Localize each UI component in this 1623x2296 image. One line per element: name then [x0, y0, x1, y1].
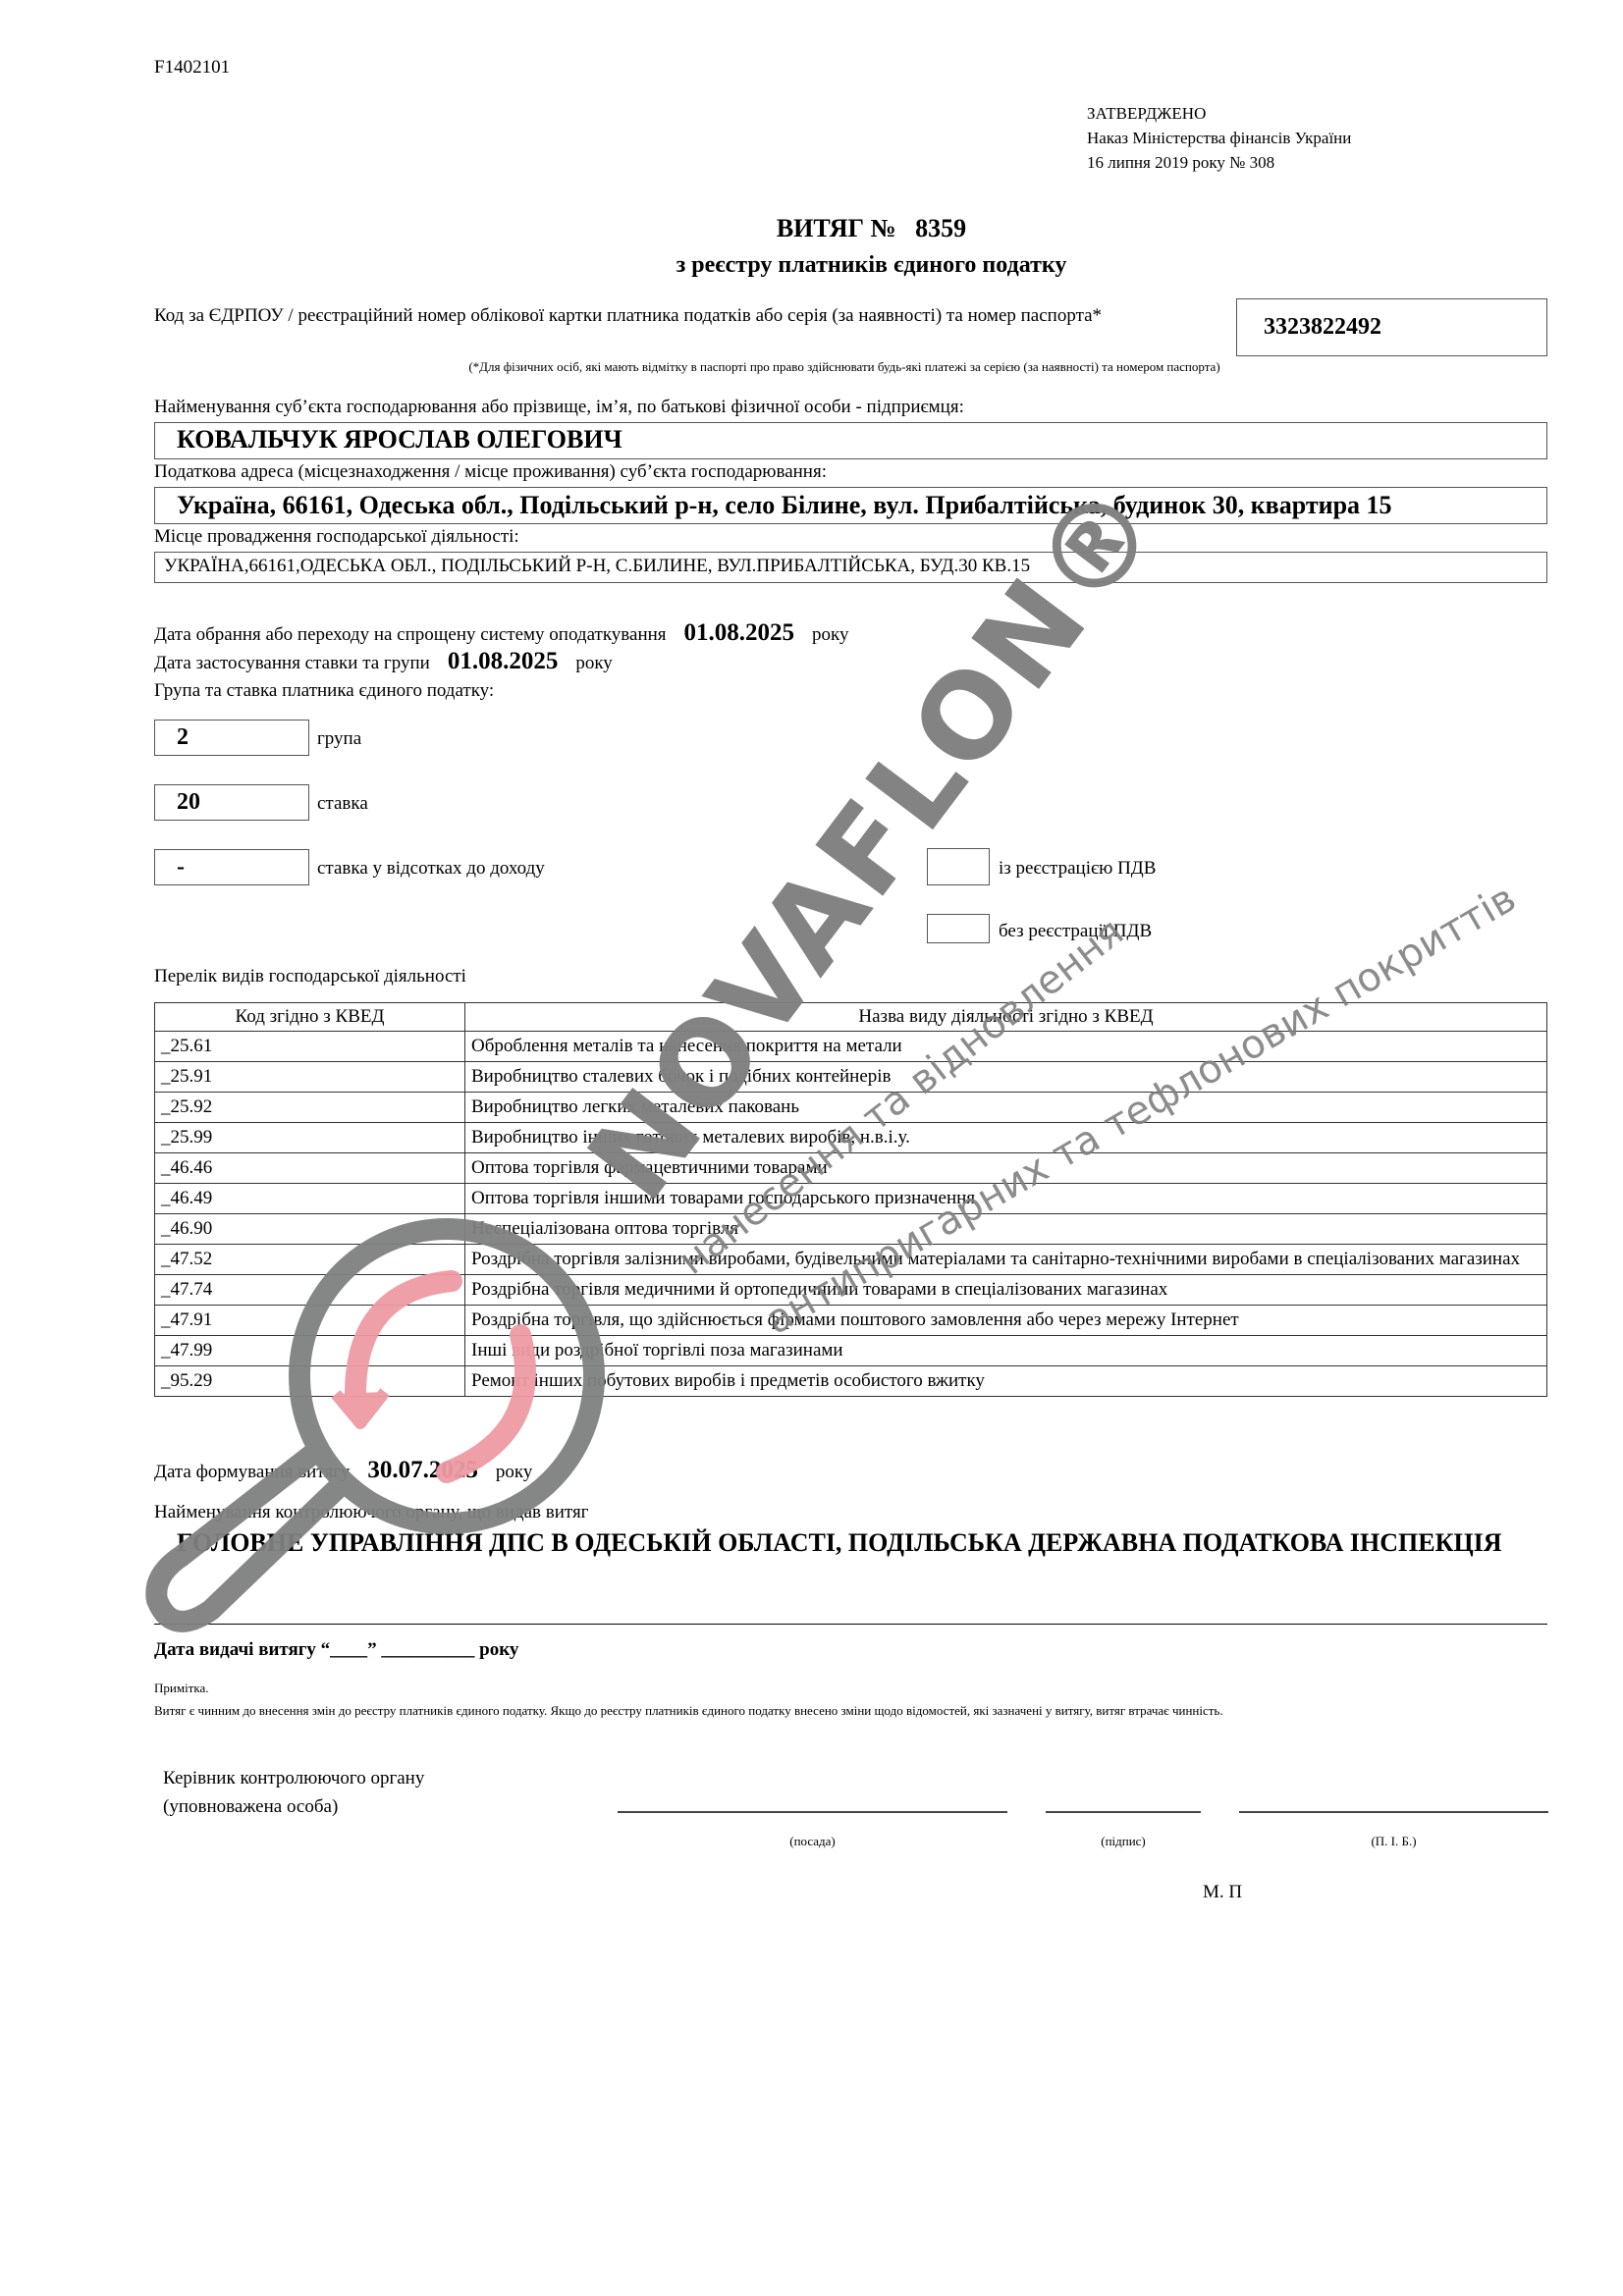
kved-activity-name: Оптова торгівля іншими товарами господар…	[465, 1184, 1547, 1214]
kved-list-title: Перелік видів господарської діяльності	[154, 966, 466, 988]
authority-label: Найменування контролюючого органу, що ви…	[154, 1502, 588, 1523]
kved-activity-name: Виробництво інших готових металевих виро…	[465, 1123, 1547, 1153]
kved-row: _46.46Оптова торгівля фармацевтичними то…	[155, 1153, 1547, 1184]
kved-row: _25.99Виробництво інших готових металеви…	[155, 1123, 1547, 1153]
kved-code: _25.61	[155, 1032, 465, 1062]
kved-code: _47.52	[155, 1245, 465, 1275]
kved-activity-name: Виробництво сталевих бочок і подібних ко…	[465, 1062, 1547, 1093]
document-title: ВИТЯГ № 8359	[0, 214, 1623, 243]
kved-code: _47.74	[155, 1275, 465, 1306]
business-place-value: УКРАЇНА,66161,ОДЕСЬКА ОБЛ., ПОДІЛЬСЬКИЙ …	[164, 556, 1030, 577]
formation-date-label: Дата формування витягу	[154, 1462, 350, 1482]
vat-unregistered-checkbox[interactable]	[927, 914, 990, 943]
kved-activity-name: Виробництво легких металевих паковань	[465, 1093, 1547, 1123]
issue-date-line: Дата видачі витягу “____” __________ рок…	[154, 1639, 518, 1661]
kved-row: _47.99Інші види роздрібної торгівлі поза…	[155, 1336, 1547, 1366]
choice-date-line: Дата обрання або переходу на спрощену си…	[154, 619, 849, 647]
vat-unregistered-label: без реєстрації ПДВ	[999, 921, 1152, 942]
tax-address-value: Україна, 66161, Одеська обл., Подільськи…	[177, 491, 1392, 520]
kved-code-header: Код згідно з КВЕД	[155, 1003, 465, 1032]
kved-activity-name: Роздрібна торгівля залізними виробами, б…	[465, 1245, 1547, 1275]
choice-date-value: 01.08.2025	[684, 619, 795, 646]
entity-name-value: КОВАЛЬЧУК ЯРОСЛАВ ОЛЕГОВИЧ	[177, 425, 622, 454]
vat-registered-checkbox[interactable]	[927, 848, 990, 885]
kved-code: _25.92	[155, 1093, 465, 1123]
taxpayer-code-footnote: (*Для фізичних осіб, які мають відмітку …	[0, 359, 1623, 375]
percent-rate-value: -	[177, 854, 185, 881]
approval-stamp: ЗАТВЕРДЖЕНО Наказ Міністерства фінансів …	[1087, 101, 1351, 175]
year-word: року	[496, 1462, 532, 1482]
authority-underline	[154, 1624, 1547, 1625]
signature-line	[1046, 1811, 1201, 1813]
signer-line2: (уповноважена особа)	[163, 1792, 424, 1821]
signature-label: (підпис)	[1046, 1834, 1201, 1849]
business-place-label: Місце провадження господарської діяльнос…	[154, 526, 519, 548]
percent-rate-label: ставка у відсотках до доходу	[317, 858, 545, 880]
application-date-line: Дата застосування ставки та групи01.08.2…	[154, 648, 613, 675]
entity-name-label: Найменування суб’єкта господарювання або…	[154, 397, 964, 418]
kved-row: _46.49Оптова торгівля іншими товарами го…	[155, 1184, 1547, 1214]
kved-code: _46.46	[155, 1153, 465, 1184]
kved-row: _47.91Роздрібна торгівля, що здійснюєтьс…	[155, 1306, 1547, 1336]
kved-activity-name: Оптова торгівля фармацевтичними товарами	[465, 1153, 1547, 1184]
kved-row: _25.61Оброблення металів та нанесення по…	[155, 1032, 1547, 1062]
approved-line3: 16 липня 2019 року № 308	[1087, 150, 1351, 175]
signer-title: Керівник контролюючого органу (уповноваж…	[163, 1764, 424, 1821]
kved-code: _46.49	[155, 1184, 465, 1214]
kved-activity-name: Неспеціалізована оптова торгівля	[465, 1214, 1547, 1245]
kved-row: _25.92Виробництво легких металевих паков…	[155, 1093, 1547, 1123]
taxpayer-code-label: Код за ЄДРПОУ / реєстраційний номер облі…	[154, 301, 1195, 331]
application-date-label: Дата застосування ставки та групи	[154, 653, 430, 673]
name-signature-line	[1239, 1811, 1548, 1813]
kved-row: _95.29Ремонт інших побутових виробів і п…	[155, 1366, 1547, 1397]
formation-date-value: 30.07.2025	[367, 1457, 478, 1483]
kved-table: Код згідно з КВЕД Назва виду діяльності …	[154, 1002, 1547, 1397]
stamp-place: М. П	[1203, 1882, 1242, 1903]
position-signature-line	[618, 1811, 1007, 1813]
form-code: F1402101	[154, 57, 230, 79]
kved-activity-name: Роздрібна торгівля, що здійснюється фірм…	[465, 1306, 1547, 1336]
formation-date-line: Дата формування витягу30.07.2025року	[154, 1457, 532, 1484]
name-label: (П. І. Б.)	[1239, 1834, 1548, 1849]
kved-activity-name: Оброблення металів та нанесення покриття…	[465, 1032, 1547, 1062]
kved-header-row: Код згідно з КВЕД Назва виду діяльності …	[155, 1003, 1547, 1032]
rate-label: ставка	[317, 793, 368, 815]
kved-code: _47.99	[155, 1336, 465, 1366]
note-text: Витяг є чинним до внесення змін до реєст…	[154, 1703, 1223, 1719]
group-value: 2	[177, 724, 189, 751]
kved-code: _46.90	[155, 1214, 465, 1245]
kved-row: _47.52Роздрібна торгівля залізними вироб…	[155, 1245, 1547, 1275]
year-word: року	[812, 624, 848, 645]
document-subtitle: з реєстру платників єдиного податку	[0, 252, 1623, 279]
choice-date-label: Дата обрання або переходу на спрощену си…	[154, 624, 667, 645]
kved-code: _25.91	[155, 1062, 465, 1093]
kved-row: _47.74Роздрібна торгівля медичними й орт…	[155, 1275, 1547, 1306]
kved-activity-name: Інші види роздрібної торгівлі поза магаз…	[465, 1336, 1547, 1366]
kved-activity-name: Ремонт інших побутових виробів і предмет…	[465, 1366, 1547, 1397]
kved-activity-name: Роздрібна торгівля медичними й ортопедич…	[465, 1275, 1547, 1306]
kved-row: _46.90Неспеціалізована оптова торгівля	[155, 1214, 1547, 1245]
authority-name: ГОЛОВНЕ УПРАВЛІННЯ ДПС В ОДЕСЬКІЙ ОБЛАСТ…	[157, 1524, 1547, 1561]
rate-value: 20	[177, 789, 200, 816]
signer-line1: Керівник контролюючого органу	[163, 1764, 424, 1792]
approved-line1: ЗАТВЕРДЖЕНО	[1087, 101, 1351, 126]
group-rate-heading: Група та ставка платника єдиного податку…	[154, 680, 494, 702]
kved-name-header: Назва виду діяльності згідно з КВЕД	[465, 1003, 1547, 1032]
group-label: група	[317, 728, 361, 750]
kved-code: _95.29	[155, 1366, 465, 1397]
kved-row: _25.91Виробництво сталевих бочок і подіб…	[155, 1062, 1547, 1093]
position-label: (посада)	[618, 1834, 1007, 1849]
application-date-value: 01.08.2025	[448, 648, 559, 674]
vat-registered-label: із реєстрацією ПДВ	[999, 858, 1156, 880]
taxpayer-code-value: 3323822492	[1264, 314, 1381, 341]
kved-code: _47.91	[155, 1306, 465, 1336]
kved-code: _25.99	[155, 1123, 465, 1153]
year-word: року	[575, 653, 612, 673]
approved-line2: Наказ Міністерства фінансів України	[1087, 126, 1351, 150]
note-title: Примітка.	[154, 1681, 209, 1696]
tax-address-label: Податкова адреса (місцезнаходження / міс…	[154, 461, 827, 483]
